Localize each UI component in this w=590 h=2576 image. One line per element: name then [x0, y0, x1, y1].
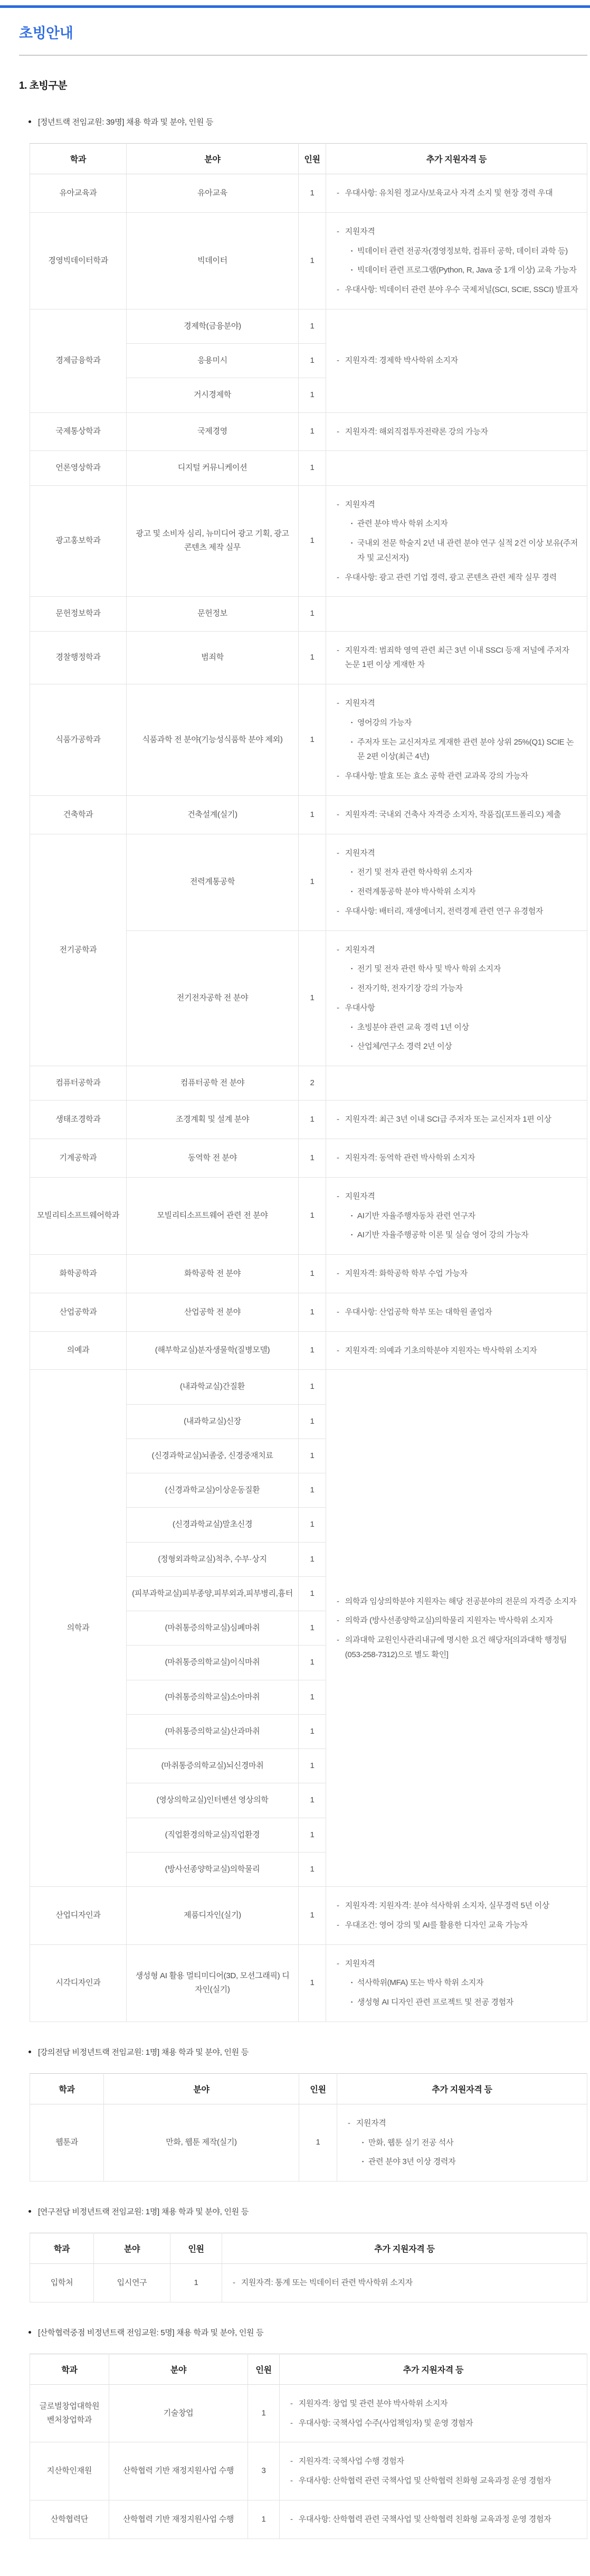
- headcount-cell: 1: [299, 597, 326, 631]
- lecture-track-table: 학과분야인원추가 지원자격 등웹툰과만화, 웹툰 제작(실기)1-지원자격▪만화…: [30, 2073, 587, 2182]
- field-cell: 전기전자공학 전 분야: [127, 930, 299, 1066]
- field-cell: 응용미시: [127, 344, 299, 378]
- qualification-cell: -지원자격: 범죄학 영역 관련 최근 3년 이내 SSCI 등재 저널에 주저…: [326, 631, 587, 684]
- qualification-text: 지원자격: 해외직접투자전략론 강의 가능자: [345, 425, 488, 439]
- field-cell: (내과학교실)간질환: [127, 1370, 299, 1404]
- qualification-cell: -지원자격: 국책사업 수행 경험자-우대사항: 산학협력 관련 국책사업 및 …: [280, 2442, 587, 2500]
- table-row: 의학과(내과학교실)간질환1-의학과 임상의학분야 지원자는 해당 전공분야의 …: [30, 1370, 587, 1404]
- top-accent-bar: [0, 5, 590, 8]
- qualification-item: -지원자격: [337, 846, 578, 861]
- department-cell: 경찰행정학과: [30, 631, 127, 684]
- dash-icon: -: [337, 186, 339, 201]
- table-row: 문헌정보학과문헌정보1: [30, 597, 587, 631]
- department-cell: 국제통상학과: [30, 412, 127, 451]
- qualification-item: -지원자격: 창업 및 관련 분야 박사학위 소지자: [290, 2396, 578, 2411]
- field-cell: 산학협력 기반 재정지원사업 수행: [109, 2500, 248, 2539]
- field-cell: (마취통증의학교실)소아마취: [127, 1680, 299, 1714]
- qualification-text: 우대사항: 산학협력 관련 국책사업 및 산학협력 친화형 교육과정 운영 경험…: [299, 2474, 551, 2488]
- table-row: 입학처입시연구1-지원자격: 통계 또는 빅데이터 관련 박사학위 소지자: [30, 2264, 587, 2302]
- field-cell: 거시경제학: [127, 378, 299, 412]
- qualification-text: 우대사항: 산학협력 관련 국책사업 및 산학협력 친화형 교육과정 운영 경험…: [299, 2512, 551, 2527]
- field-cell: 산학협력 기반 재정지원사업 수행: [109, 2442, 248, 2500]
- dash-icon: -: [337, 1613, 339, 1628]
- dash-icon: -: [337, 943, 339, 957]
- headcount-cell: 1: [299, 1331, 326, 1370]
- bullet-dot-icon: [28, 120, 31, 123]
- qualification-cell: -지원자격: 최근 3년 이내 SCI급 주저자 또는 교신저자 1편 이상: [326, 1101, 587, 1139]
- department-cell: 입학처: [30, 2264, 94, 2302]
- qualification-cell: -의학과 임상의학분야 지원자는 해당 전공분야의 전문의 자격증 소지자-의학…: [326, 1370, 587, 1887]
- column-header: 인원: [248, 2354, 280, 2384]
- headcount-cell: 1: [299, 174, 326, 213]
- square-bullet-icon: ▪: [351, 1995, 353, 2009]
- table-row: 식품가공학과식품과학 전 분야(기능성식품학 분야 제외)1-지원자격▪영어강의…: [30, 684, 587, 796]
- table-row: 글로벌창업대학원 벤처창업학과기술창업1-지원자격: 창업 및 관련 분야 박사…: [30, 2384, 587, 2442]
- qualification-cell: [326, 1066, 587, 1101]
- qualification-text: 우대사항: 발효 또는 효소 공학 관련 교과목 강의 가능자: [345, 769, 528, 784]
- headcount-cell: 1: [248, 2500, 280, 2539]
- qualification-text: 지원자격: 국책사업 수행 경험자: [299, 2454, 404, 2469]
- qualification-item: -지원자격: 국내외 건축사 자격증 소지자, 작품집(포트폴리오) 제출: [337, 807, 578, 822]
- dash-icon: -: [337, 1112, 339, 1127]
- table-row: 의예과(해부학교실)분자생물학(질병모델)1-지원자격: 의예과 기초의학분야 …: [30, 1331, 587, 1370]
- field-cell: (신경과학교실)이상운동질환: [127, 1473, 299, 1508]
- qualification-cell: -지원자격: 국내외 건축사 자격증 소지자, 작품집(포트폴리오) 제출: [326, 795, 587, 834]
- table-row: 언론영상학과디지털 커뮤니케이션1: [30, 451, 587, 485]
- dash-icon: -: [290, 2512, 293, 2527]
- tenure-track-table: 학과분야인원추가 지원자격 등유아교육과유아교육1-우대사항: 유치원 정교사/…: [30, 143, 587, 2022]
- qualification-item: -우대사항: 빅데이터 관련 분야 우수 국제저널(SCI, SCIE, SSC…: [337, 283, 578, 297]
- headcount-cell: 1: [299, 344, 326, 378]
- qualification-text: 관련 분야 박사 학위 소지자: [357, 516, 448, 531]
- dash-icon: -: [337, 1918, 339, 1933]
- headcount-cell: 1: [299, 1611, 326, 1646]
- qualification-text: 우대사항: 유치원 정교사/보육교사 자격 소지 및 현장 경력 우대: [345, 186, 553, 201]
- qualification-cell: -지원자격▪관련 분야 박사 학위 소지자▪국내외 전문 학술지 2년 내 관련…: [326, 485, 587, 597]
- qualification-item: -지원자격: [337, 224, 578, 239]
- qualification-text: 지원자격: 경제학 박사학위 소지자: [345, 353, 458, 368]
- table-row: 지산학인재원산학협력 기반 재정지원사업 수행3-지원자격: 국책사업 수행 경…: [30, 2442, 587, 2500]
- department-cell: 경영빅데이터학과: [30, 212, 127, 309]
- department-cell: 생태조경학과: [30, 1101, 127, 1139]
- headcount-cell: 1: [299, 1646, 326, 1680]
- qualification-text: 지원자격: 최근 3년 이내 SCI급 주저자 또는 교신저자 1편 이상: [345, 1112, 551, 1127]
- header-row: 학과분야인원추가 지원자격 등: [30, 144, 587, 174]
- page-title: 초빙안내: [19, 22, 587, 42]
- headcount-cell: 1: [299, 1818, 326, 1852]
- qualification-text: AI기반 자율주행공학 이론 및 실습 영어 강의 가능자: [357, 1228, 528, 1243]
- table-row: 웹툰과만화, 웹툰 제작(실기)1-지원자격▪만화, 웹툰 실기 전공 석사▪관…: [30, 2104, 587, 2181]
- field-cell: (피부과학교실)피부종양,피부외과,피부병리,흉터: [127, 1576, 299, 1611]
- table-row: 경제금융학과경제학(금융분야)1-지원자격: 경제학 박사학위 소지자: [30, 309, 587, 343]
- qualification-item: -지원자격: [348, 2116, 578, 2131]
- title-divider: [19, 55, 587, 55]
- department-cell: 산업공학과: [30, 1293, 127, 1331]
- qualification-text: 지원자격: 범죄학 영역 관련 최근 3년 이내 SSCI 등재 저널에 주저자…: [345, 643, 578, 673]
- qualification-item: ▪빅데이터 관련 전공자(경영정보학, 컴퓨터 공학, 데이터 과학 등): [337, 244, 578, 259]
- field-cell: 제품디자인(실기): [127, 1887, 299, 1945]
- tenure-track-caption: [정년트랙 전임교원: 39명] 채용 학과 및 분야, 인원 등: [28, 116, 587, 127]
- qualification-item: -지원자격: 해외직접투자전략론 강의 가능자: [337, 425, 578, 439]
- qualification-cell: -우대사항: 산학협력 관련 국책사업 및 산학협력 친화형 교육과정 운영 경…: [280, 2500, 587, 2539]
- headcount-cell: 1: [299, 1101, 326, 1139]
- qualification-item: ▪전기 및 전자 관련 학사학위 소지자: [337, 865, 578, 880]
- qualification-item: -지원자격: [337, 1189, 578, 1204]
- column-header: 분야: [94, 2233, 170, 2264]
- qualification-item: ▪관련 분야 3년 이상 경력자: [348, 2155, 578, 2169]
- headcount-cell: 1: [299, 1783, 326, 1818]
- qualification-text: 지원자격: 의예과 기초의학분야 지원자는 박사학위 소지자: [345, 1343, 537, 1358]
- column-header: 인원: [299, 144, 326, 174]
- qualification-cell: -지원자격: 통계 또는 빅데이터 관련 박사학위 소지자: [222, 2264, 587, 2302]
- headcount-cell: 1: [299, 1370, 326, 1404]
- qualification-text: 의학과 (방사선종양학교실)의학물리 지원자는 박사학위 소지자: [345, 1613, 553, 1628]
- dash-icon: -: [337, 807, 339, 822]
- field-cell: 광고 및 소비자 심리, 뉴미디어 광고 기획, 광고 콘텐츠 제작 실무: [127, 485, 299, 597]
- column-header: 인원: [299, 2073, 337, 2104]
- column-header: 분야: [109, 2354, 248, 2384]
- dash-icon: -: [290, 2416, 293, 2431]
- field-cell: (마취통증의학교실)이식마취: [127, 1646, 299, 1680]
- qualification-text: 빅데이터 관련 프로그램(Python, R, Java 중 1개 이상) 교육…: [357, 263, 577, 278]
- qualification-item: -지원자격: 화학공학 학부 수업 가능자: [337, 1266, 578, 1281]
- qualification-text: 초빙분야 관련 교육 경력 1년 이상: [357, 1020, 469, 1035]
- qualification-cell: -지원자격▪전기 및 전자 관련 학사 및 박사 학위 소지자▪전자기학, 전자…: [326, 930, 587, 1066]
- square-bullet-icon: ▪: [351, 516, 353, 531]
- headcount-cell: 1: [248, 2384, 280, 2442]
- qualification-text: AI기반 자율주행자동차 관련 연구자: [357, 1209, 475, 1224]
- headcount-cell: 1: [299, 1542, 326, 1576]
- bullet-dot-icon: [28, 2210, 31, 2213]
- table-row: 산업디자인과제품디자인(실기)1-지원자격: 지원자격: 분야 석사학위 소지자…: [30, 1887, 587, 1945]
- department-cell: 건축학과: [30, 795, 127, 834]
- caption-text: [정년트랙 전임교원: 39명] 채용 학과 및 분야, 인원 등: [38, 116, 213, 127]
- qualification-item: -지원자격: 국책사업 수행 경험자: [290, 2454, 578, 2469]
- table-row: 컴퓨터공학과컴퓨터공학 전 분야2: [30, 1066, 587, 1101]
- table-row: 경찰행정학과범죄학1-지원자격: 범죄학 영역 관련 최근 3년 이내 SSCI…: [30, 631, 587, 684]
- qualification-item: ▪빅데이터 관련 프로그램(Python, R, Java 중 1개 이상) 교…: [337, 263, 578, 278]
- qualification-text: 전기 및 전자 관련 학사학위 소지자: [357, 865, 472, 880]
- qualification-text: 지원자격: [345, 224, 375, 239]
- research-track-caption: [연구전담 비정년트랙 전임교원: 1명] 채용 학과 및 분야, 인원 등: [28, 2206, 587, 2217]
- department-cell: 유아교육과: [30, 174, 127, 213]
- dash-icon: -: [337, 1151, 339, 1165]
- qualification-text: 우대사항: 광고 관련 기업 경력, 광고 콘텐츠 관련 제작 실무 경력: [345, 570, 557, 585]
- qualification-item: -우대조건: 영어 강의 및 AI를 활용한 디자인 교육 가능자: [337, 1918, 578, 1933]
- department-cell: 경제금융학과: [30, 309, 127, 412]
- bullet-dot-icon: [28, 2331, 31, 2334]
- bullet-dot-icon: [28, 2051, 31, 2053]
- headcount-cell: 1: [170, 2264, 222, 2302]
- field-cell: (마취통증의학교실)심폐마취: [127, 1611, 299, 1646]
- table-row: 광고홍보학과광고 및 소비자 심리, 뉴미디어 광고 기획, 광고 콘텐츠 제작…: [30, 485, 587, 597]
- caption-text: [연구전담 비정년트랙 전임교원: 1명] 채용 학과 및 분야, 인원 등: [38, 2206, 249, 2217]
- qualification-cell: -지원자격▪만화, 웹툰 실기 전공 석사▪관련 분야 3년 이상 경력자: [337, 2104, 587, 2181]
- square-bullet-icon: ▪: [351, 536, 353, 550]
- qualification-text: 석사학위(MFA) 또는 박사 학위 소지자: [357, 1976, 483, 1990]
- qualification-item: ▪전기 및 전자 관련 학사 및 박사 학위 소지자: [337, 962, 578, 976]
- qualification-text: 산업체/연구소 경력 2년 이상: [357, 1039, 452, 1054]
- dash-icon: -: [233, 2276, 235, 2290]
- qualification-cell: [326, 451, 587, 485]
- column-header: 추가 지원자격 등: [326, 144, 587, 174]
- qualification-text: 지원자격: [345, 696, 375, 711]
- field-cell: 전력계통공학: [127, 834, 299, 930]
- qualification-cell: -지원자격▪빅데이터 관련 전공자(경영정보학, 컴퓨터 공학, 데이터 과학 …: [326, 212, 587, 309]
- headcount-cell: 1: [299, 1139, 326, 1178]
- qualification-text: 지원자격: 동역학 관련 박사학위 소지자: [345, 1151, 475, 1165]
- headcount-cell: 1: [299, 631, 326, 684]
- qualification-text: 지원자격: [345, 943, 375, 957]
- field-cell: 디지털 커뮤니케이션: [127, 451, 299, 485]
- square-bullet-icon: ▪: [351, 1039, 353, 1054]
- qualification-text: 우대사항: 배터리, 재생에너지, 전력경제 관련 연구 유경험자: [345, 904, 543, 919]
- department-cell: 지산학인재원: [30, 2442, 109, 2500]
- dash-icon: -: [337, 283, 339, 297]
- qualification-text: 전력계통공학 분야 박사학위 소지자: [357, 885, 475, 899]
- column-header: 학과: [30, 2073, 104, 2104]
- department-cell: 웹툰과: [30, 2104, 104, 2181]
- field-cell: 컴퓨터공학 전 분야: [127, 1066, 299, 1101]
- field-cell: 범죄학: [127, 631, 299, 684]
- qualification-item: ▪AI기반 자율주행공학 이론 및 실습 영어 강의 가능자: [337, 1228, 578, 1243]
- headcount-cell: 1: [299, 378, 326, 412]
- caption-text: [산학협력중점 비정년트랙 전임교원: 5명] 채용 학과 및 분야, 인원 등: [38, 2327, 263, 2338]
- field-cell: (마취통증의학교실)뇌신경마취: [127, 1749, 299, 1783]
- dash-icon: -: [337, 425, 339, 439]
- qualification-item: ▪전력계통공학 분야 박사학위 소지자: [337, 885, 578, 899]
- headcount-cell: 1: [299, 930, 326, 1066]
- field-cell: 생성형 AI 활용 멀티미디어(3D, 모션그래픽) 디자인(실기): [127, 1944, 299, 2022]
- headcount-cell: 1: [299, 1255, 326, 1293]
- research-track-table: 학과분야인원추가 지원자격 등입학처입시연구1-지원자격: 통계 또는 빅데이터…: [30, 2233, 587, 2302]
- headcount-cell: 2: [299, 1066, 326, 1101]
- field-cell: 산업공학 전 분야: [127, 1293, 299, 1331]
- square-bullet-icon: ▪: [351, 716, 353, 730]
- field-cell: 식품과학 전 분야(기능성식품학 분야 제외): [127, 684, 299, 796]
- table-row: 유아교육과유아교육1-우대사항: 유치원 정교사/보육교사 자격 소지 및 현장…: [30, 174, 587, 213]
- department-cell: 산학협력단: [30, 2500, 109, 2539]
- department-cell: 식품가공학과: [30, 684, 127, 796]
- field-cell: 기술창업: [109, 2384, 248, 2442]
- header-row: 학과분야인원추가 지원자격 등: [30, 2354, 587, 2384]
- headcount-cell: 1: [299, 212, 326, 309]
- dash-icon: -: [337, 1189, 339, 1204]
- department-cell: 컴퓨터공학과: [30, 1066, 127, 1101]
- qualification-cell: -지원자격: 지원자격: 분야 석사학위 소지자, 실무경력 5년 이상-우대조…: [326, 1887, 587, 1945]
- table-row: 산학협력단산학협력 기반 재정지원사업 수행1-우대사항: 산학협력 관련 국책…: [30, 2500, 587, 2539]
- qualification-item: -우대사항: 산학협력 관련 국책사업 및 산학협력 친화형 교육과정 운영 경…: [290, 2512, 578, 2527]
- qualification-text: 지원자격: 창업 및 관련 분야 박사학위 소지자: [299, 2396, 448, 2411]
- dash-icon: -: [337, 1001, 339, 1016]
- dash-icon: -: [337, 353, 339, 368]
- table-row: 기계공학과동역학 전 분야1-지원자격: 동역학 관련 박사학위 소지자: [30, 1139, 587, 1178]
- dash-icon: -: [337, 1594, 339, 1609]
- table-row: 모빌리티소프트웨어학과모빌리티소프트웨어 관련 전 분야1-지원자격▪AI기반 …: [30, 1177, 587, 1254]
- headcount-cell: 1: [299, 1439, 326, 1473]
- qualification-item: ▪AI기반 자율주행자동차 관련 연구자: [337, 1209, 578, 1224]
- qualification-item: -지원자격: [337, 943, 578, 957]
- qualification-cell: -지원자격▪영어강의 가능자▪주저자 또는 교신저자로 게재한 관련 분야 상위…: [326, 684, 587, 796]
- headcount-cell: 1: [299, 1177, 326, 1254]
- square-bullet-icon: ▪: [351, 1976, 353, 1990]
- field-cell: (영상의학교실)인터벤션 영상의학: [127, 1783, 299, 1818]
- qualification-item: -지원자격: 경제학 박사학위 소지자: [337, 353, 578, 368]
- department-cell: 전기공학과: [30, 834, 127, 1066]
- headcount-cell: 1: [299, 834, 326, 930]
- qualification-cell: -지원자격▪전기 및 전자 관련 학사학위 소지자▪전력계통공학 분야 박사학위…: [326, 834, 587, 930]
- qualification-text: 의과대학 교원인사관리내규에 명시한 요건 해당자[의과대학 행정팀 (053-…: [345, 1633, 578, 1662]
- caption-text: [강의전담 비정년트랙 전임교원: 1명] 채용 학과 및 분야, 인원 등: [38, 2046, 249, 2057]
- qualification-item: -지원자격: 통계 또는 빅데이터 관련 박사학위 소지자: [233, 2276, 578, 2290]
- headcount-cell: 1: [299, 1944, 326, 2022]
- header-row: 학과분야인원추가 지원자격 등: [30, 2073, 587, 2104]
- qualification-text: 관련 분야 3년 이상 경력자: [368, 2155, 455, 2169]
- qualification-item: -의과대학 교원인사관리내규에 명시한 요건 해당자[의과대학 행정팀 (053…: [337, 1633, 578, 1662]
- department-cell: 모빌리티소프트웨어학과: [30, 1177, 127, 1254]
- qualification-text: 지원자격: 통계 또는 빅데이터 관련 박사학위 소지자: [241, 2276, 413, 2290]
- qualification-item: -우대사항: 배터리, 재생에너지, 전력경제 관련 연구 유경험자: [337, 904, 578, 919]
- department-cell: 산업디자인과: [30, 1887, 127, 1945]
- qualification-text: 지원자격: [345, 846, 375, 861]
- square-bullet-icon: ▪: [362, 2136, 364, 2150]
- qualification-text: 우대사항: 산업공학 학부 또는 대학원 졸업자: [345, 1305, 492, 1320]
- dash-icon: -: [348, 2116, 350, 2131]
- qualification-item: -지원자격: 범죄학 영역 관련 최근 3년 이내 SSCI 등재 저널에 주저…: [337, 643, 578, 673]
- headcount-cell: 1: [299, 1680, 326, 1714]
- field-cell: 건축설계(실기): [127, 795, 299, 834]
- qualification-cell: -지원자격: 화학공학 학부 수업 가능자: [326, 1255, 587, 1293]
- dash-icon: -: [337, 846, 339, 861]
- dash-icon: -: [337, 497, 339, 512]
- dash-icon: -: [337, 769, 339, 784]
- dash-icon: -: [337, 570, 339, 585]
- headcount-cell: 1: [299, 451, 326, 485]
- qualification-item: ▪주저자 또는 교신저자로 게재한 관련 분야 상위 25%(Q1) SCIE …: [337, 735, 578, 765]
- table-row: 전기공학과전력계통공학1-지원자격▪전기 및 전자 관련 학사학위 소지자▪전력…: [30, 834, 587, 930]
- page-container: 초빙안내 1. 초빙구분 [정년트랙 전임교원: 39명] 채용 학과 및 분야…: [0, 22, 590, 2576]
- table-row: 경영빅데이터학과빅데이터1-지원자격▪빅데이터 관련 전공자(경영정보학, 컴퓨…: [30, 212, 587, 309]
- dash-icon: -: [337, 1633, 339, 1648]
- headcount-cell: 1: [299, 1576, 326, 1611]
- qualification-text: 국내외 전문 학술지 2년 내 관련 분야 연구 실적 2건 이상 보유(주저자…: [357, 536, 578, 566]
- qualification-item: -지원자격: 지원자격: 분야 석사학위 소지자, 실무경력 5년 이상: [337, 1898, 578, 1913]
- field-cell: 만화, 웹툰 제작(실기): [104, 2104, 299, 2181]
- headcount-cell: 1: [299, 1852, 326, 1886]
- qualification-item: -지원자격: 최근 3년 이내 SCI급 주저자 또는 교신저자 1편 이상: [337, 1112, 578, 1127]
- headcount-cell: 1: [299, 1887, 326, 1945]
- field-cell: (마취통증의학교실)산과마취: [127, 1714, 299, 1748]
- qualification-item: -우대사항: [337, 1001, 578, 1016]
- headcount-cell: 1: [299, 1749, 326, 1783]
- table-row: 시각디자인과생성형 AI 활용 멀티미디어(3D, 모션그래픽) 디자인(실기)…: [30, 1944, 587, 2022]
- dash-icon: -: [337, 224, 339, 239]
- dash-icon: -: [337, 1898, 339, 1913]
- headcount-cell: 1: [299, 412, 326, 451]
- department-cell: 의학과: [30, 1370, 127, 1887]
- qualification-cell: -지원자격: 동역학 관련 박사학위 소지자: [326, 1139, 587, 1178]
- field-cell: (신경과학교실)뇌졸중, 신경중재치료: [127, 1439, 299, 1473]
- qualification-item: -우대사항: 유치원 정교사/보육교사 자격 소지 및 현장 경력 우대: [337, 186, 578, 201]
- qualification-item: ▪산업체/연구소 경력 2년 이상: [337, 1039, 578, 1054]
- department-cell: 글로벌창업대학원 벤처창업학과: [30, 2384, 109, 2442]
- headcount-cell: 1: [299, 1714, 326, 1748]
- square-bullet-icon: ▪: [351, 1228, 353, 1242]
- field-cell: 빅데이터: [127, 212, 299, 309]
- field-cell: 경제학(금융분야): [127, 309, 299, 343]
- qualification-cell: -지원자격: 해외직접투자전략론 강의 가능자: [326, 412, 587, 451]
- column-header: 학과: [30, 2354, 109, 2384]
- qualification-item: ▪관련 분야 박사 학위 소지자: [337, 516, 578, 531]
- qualification-cell: [326, 597, 587, 631]
- field-cell: (내과학교실)신장: [127, 1404, 299, 1439]
- headcount-cell: 1: [299, 1473, 326, 1508]
- qualification-text: 지원자격: [345, 1957, 375, 1971]
- qualification-text: 우대사항: [345, 1001, 375, 1016]
- field-cell: (정형외과학교실)척추, 수부·상지: [127, 1542, 299, 1576]
- headcount-cell: 1: [299, 795, 326, 834]
- field-cell: 동역학 전 분야: [127, 1139, 299, 1178]
- field-cell: 유아교육: [127, 174, 299, 213]
- dash-icon: -: [290, 2396, 293, 2411]
- field-cell: 문헌정보: [127, 597, 299, 631]
- dash-icon: -: [337, 1957, 339, 1971]
- qualification-item: -우대사항: 광고 관련 기업 경력, 광고 콘텐츠 관련 제작 실무 경력: [337, 570, 578, 585]
- square-bullet-icon: ▪: [351, 263, 353, 277]
- qualification-text: 전기 및 전자 관련 학사 및 박사 학위 소지자: [357, 962, 501, 976]
- dash-icon: -: [337, 1305, 339, 1320]
- dash-icon: -: [337, 1343, 339, 1358]
- qualification-text: 만화, 웹툰 실기 전공 석사: [368, 2136, 453, 2150]
- table-row: 산업공학과산업공학 전 분야1-우대사항: 산업공학 학부 또는 대학원 졸업자: [30, 1293, 587, 1331]
- qualification-cell: -지원자격▪AI기반 자율주행자동차 관련 연구자▪AI기반 자율주행공학 이론…: [326, 1177, 587, 1254]
- qualification-item: ▪영어강의 가능자: [337, 716, 578, 730]
- qualification-item: -지원자격: [337, 696, 578, 711]
- column-header: 인원: [170, 2233, 222, 2264]
- headcount-cell: 1: [299, 309, 326, 343]
- qualification-text: 지원자격: [345, 1189, 375, 1204]
- qualification-text: 전자기학, 전자기장 강의 가능자: [357, 981, 463, 996]
- qualification-item: ▪초빙분야 관련 교육 경력 1년 이상: [337, 1020, 578, 1035]
- header-row: 학과분야인원추가 지원자격 등: [30, 2233, 587, 2264]
- qualification-item: -지원자격: 동역학 관련 박사학위 소지자: [337, 1151, 578, 1165]
- field-cell: 조경계획 및 설계 분야: [127, 1101, 299, 1139]
- column-header: 학과: [30, 2233, 94, 2264]
- headcount-cell: 3: [248, 2442, 280, 2500]
- qualification-item: ▪생성형 AI 디자인 관련 프로젝트 및 전공 경험자: [337, 1995, 578, 2010]
- qualification-text: 지원자격: 국내외 건축사 자격증 소지자, 작품집(포트폴리오) 제출: [345, 807, 561, 822]
- qualification-text: 지원자격: 지원자격: 분야 석사학위 소지자, 실무경력 5년 이상: [345, 1898, 549, 1913]
- qualification-text: 우대사항: 빅데이터 관련 분야 우수 국제저널(SCI, SCIE, SSCI…: [345, 283, 578, 297]
- qualification-item: -의학과 임상의학분야 지원자는 해당 전공분야의 전문의 자격증 소지자: [337, 1594, 578, 1609]
- qualification-item: -우대사항: 산업공학 학부 또는 대학원 졸업자: [337, 1305, 578, 1320]
- column-header: 추가 지원자격 등: [337, 2073, 587, 2104]
- field-cell: (신경과학교실)말초신경: [127, 1508, 299, 1542]
- qualification-item: -우대사항: 국책사업 수주(사업책임자) 및 운영 경험자: [290, 2416, 578, 2431]
- qualification-cell: -우대사항: 유치원 정교사/보육교사 자격 소지 및 현장 경력 우대: [326, 174, 587, 213]
- qualification-text: 생성형 AI 디자인 관련 프로젝트 및 전공 경험자: [357, 1995, 513, 2010]
- industry-track-caption: [산학협력중점 비정년트랙 전임교원: 5명] 채용 학과 및 분야, 인원 등: [28, 2327, 587, 2338]
- column-header: 추가 지원자격 등: [222, 2233, 587, 2264]
- department-cell: 언론영상학과: [30, 451, 127, 485]
- qualification-text: 지원자격: [356, 2116, 386, 2131]
- qualification-text: 의학과 임상의학분야 지원자는 해당 전공분야의 전문의 자격증 소지자: [345, 1594, 577, 1609]
- qualification-cell: -지원자격: 경제학 박사학위 소지자: [326, 309, 587, 412]
- industry-track-table: 학과분야인원추가 지원자격 등글로벌창업대학원 벤처창업학과기술창업1-지원자격…: [30, 2354, 587, 2539]
- table-row: 화학공학과화학공학 전 분야1-지원자격: 화학공학 학부 수업 가능자: [30, 1255, 587, 1293]
- qualification-cell: -지원자격: 의예과 기초의학분야 지원자는 박사학위 소지자: [326, 1331, 587, 1370]
- qualification-text: 우대사항: 국책사업 수주(사업책임자) 및 운영 경험자: [299, 2416, 473, 2431]
